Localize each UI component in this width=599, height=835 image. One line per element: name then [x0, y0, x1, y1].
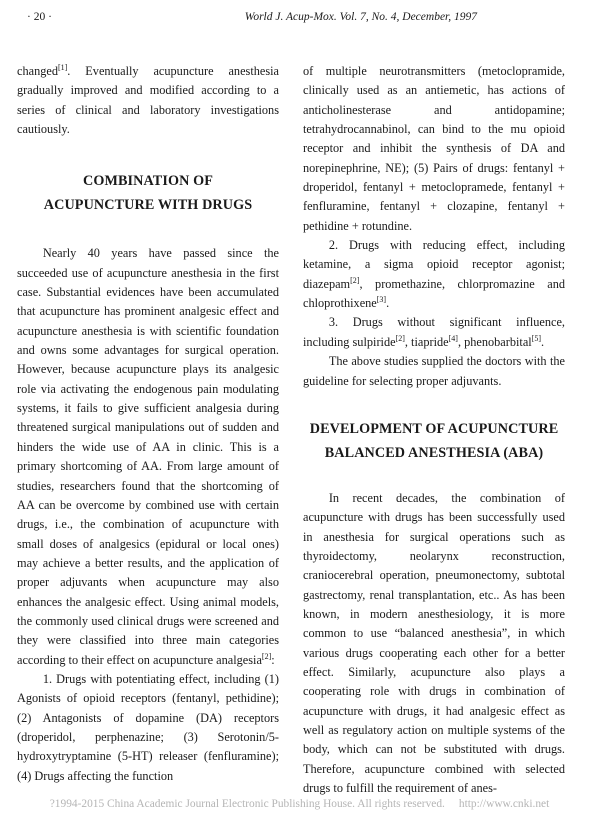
paragraph-nearly-40-years: Nearly 40 years have passed since the su… [17, 244, 279, 670]
list-item-reducing-drugs: 2. Drugs with reducing effect, including… [303, 236, 565, 313]
page-number: · 20 · [27, 11, 52, 23]
journal-citation: World J. Acup-Mox. Vol. 7, No. 4, Decemb… [245, 11, 477, 23]
copyright-text: ?1994-2015 China Academic Journal Electr… [50, 798, 445, 810]
right-column: of multiple neurotransmitters (metoclopr… [303, 62, 565, 798]
intro-paragraph: changed[1]. Eventually acupuncture anest… [17, 62, 279, 139]
list-item-continuation: of multiple neurotransmitters (metoclopr… [303, 62, 565, 236]
reference-2: [2] [262, 652, 271, 661]
summary-paragraph: The above studies supplied the doctors w… [303, 352, 565, 391]
section-heading-combination: COMBINATION OF ACUPUNCTURE WITH DRUGS [17, 169, 279, 217]
reference-1: [1] [58, 63, 67, 72]
cnki-url: http://www.cnki.net [459, 798, 549, 810]
list-item-potentiating-drugs: 1. Drugs with potentiating effect, inclu… [17, 670, 279, 786]
left-column: changed[1]. Eventually acupuncture anest… [17, 62, 279, 786]
paragraph-recent-decades: In recent decades, the combination of ac… [303, 489, 565, 799]
page-header: · 20 · World J. Acup-Mox. Vol. 7, No. 4,… [0, 8, 599, 28]
section-heading-development: DEVELOPMENT OF ACUPUNCTURE BALANCED ANES… [303, 417, 565, 465]
list-item-no-influence-drugs: 3. Drugs without significant influence, … [303, 313, 565, 352]
copyright-footer: ?1994-2015 China Academic Journal Electr… [0, 798, 599, 810]
